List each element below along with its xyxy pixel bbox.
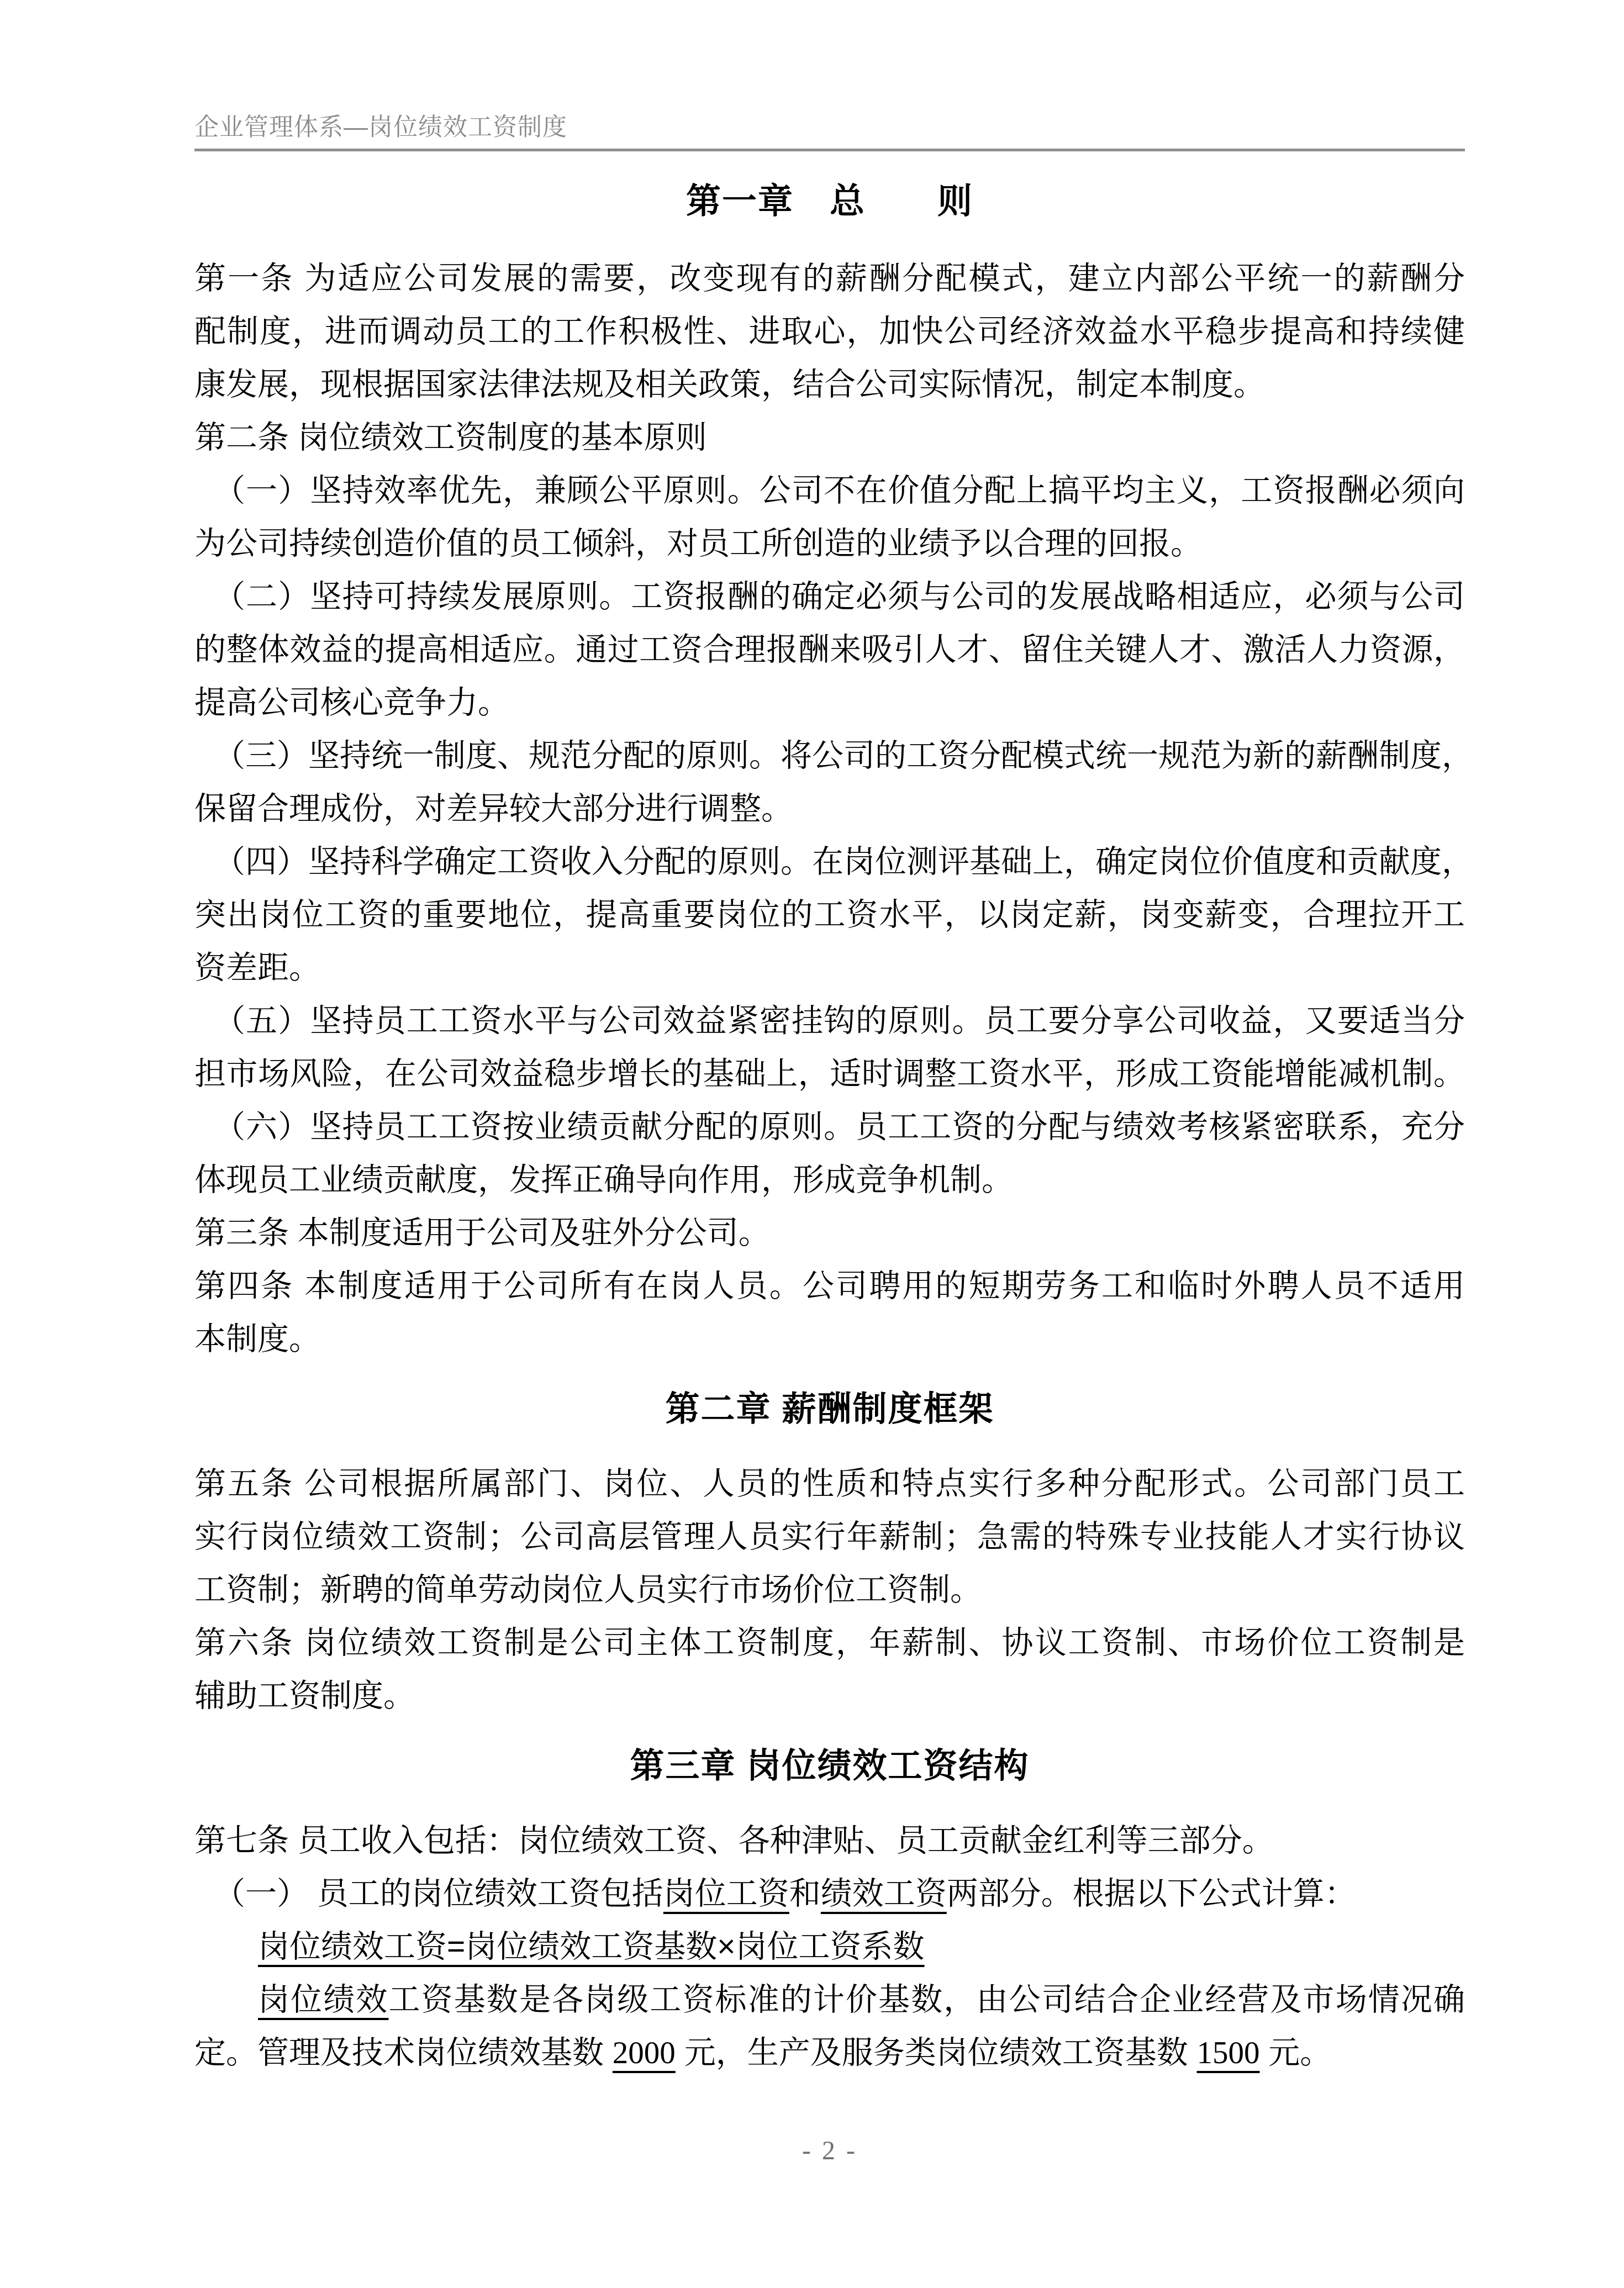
text-line: 康发展，现根据国家法律法规及相关政策，结合公司实际情况，制定本制度。 — [194, 358, 1465, 411]
text-line: 定。管理及技术岗位绩效基数 2000 元，生产及服务类岗位绩效工资基数 1500… — [194, 2026, 1465, 2079]
text-run: （三）坚持统一制度、规范分配的原则。将公司的工资分配模式统一规范为新的薪酬制度， — [214, 738, 1473, 773]
text-run: 保留合理成份，对差异较大部分进行调整。 — [194, 791, 793, 826]
text-run: 实行岗位绩效工资制；公司高层管理人员实行年薪制；急需的特殊专业技能人才实行协议 — [194, 1519, 1465, 1554]
text-line: 第二条 岗位绩效工资制度的基本原则 — [194, 411, 1465, 464]
text-line: 工资制；新聘的简单劳动岗位人员实行市场价位工资制。 — [194, 1563, 1465, 1616]
text-run: 辅助工资制度。 — [194, 1678, 415, 1714]
text-run: 为公司持续创造价值的员工倾斜，对员工所创造的业绩予以合理的回报。 — [194, 526, 1202, 561]
text-run: 元。 — [1260, 2035, 1332, 2070]
text-run: 岗位绩效工资=岗位绩效工资基数×岗位工资系数 — [258, 1929, 925, 1964]
text-run: 工资制；新聘的简单劳动岗位人员实行市场价位工资制。 — [194, 1572, 982, 1607]
text-line: 实行岗位绩效工资制；公司高层管理人员实行年薪制；急需的特殊专业技能人才实行协议 — [194, 1510, 1465, 1563]
text-run: （五）坚持员工工资水平与公司效益紧密挂钩的原则。员工要分享公司收益，又要适当分 — [214, 1003, 1465, 1038]
text-run: 第二条 岗位绩效工资制度的基本原则 — [194, 420, 707, 455]
text-run: 绩效工资 — [821, 1876, 947, 1911]
text-line: 突出岗位工资的重要地位，提高重要岗位的工资水平，以岗定薪，岗变薪变，合理拉开工 — [194, 888, 1465, 941]
text-line: 担市场风险，在公司效益稳步增长的基础上，适时调整工资水平，形成工资能增能减机制。 — [194, 1047, 1465, 1100]
text-line: （一） 员工的岗位绩效工资包括岗位工资和绩效工资两部分。根据以下公式计算： — [194, 1867, 1465, 1920]
text-run: 第三条 本制度适用于公司及驻外分公司。 — [194, 1215, 770, 1251]
text-run: （四）坚持科学确定工资收入分配的原则。在岗位测评基础上，确定岗位价值度和贡献度， — [214, 844, 1473, 879]
text-run: 第七条 员工收入包括：岗位绩效工资、各种津贴、员工贡献金红利等三部分。 — [194, 1823, 1274, 1858]
text-line: 岗位绩效工资基数是各岗级工资标准的计价基数，由公司结合企业经营及市场情况确 — [194, 1973, 1465, 2026]
text-run: （一） 员工的岗位绩效工资包括 — [214, 1876, 663, 1911]
text-run: 突出岗位工资的重要地位，提高重要岗位的工资水平，以岗定薪，岗变薪变，合理拉开工 — [194, 897, 1465, 932]
text-run: 第五条 公司根据所属部门、岗位、人员的性质和特点实行多种分配形式。公司部门员工 — [194, 1466, 1465, 1501]
page-footer: - 2 - — [194, 2134, 1465, 2168]
text-line: 体现员工业绩贡献度，发挥正确导向作用，形成竞争机制。 — [194, 1153, 1465, 1206]
text-line: 岗位绩效工资=岗位绩效工资基数×岗位工资系数 — [194, 1920, 1465, 1973]
header-title: 企业管理体系—岗位绩效工资制度 — [194, 114, 567, 141]
text-run: 工资基数是各岗级工资标准的计价基数，由公司结合企业经营及市场情况确 — [388, 1982, 1465, 2017]
text-run: 岗位绩效 — [258, 1982, 388, 2017]
text-line: （四）坚持科学确定工资收入分配的原则。在岗位测评基础上，确定岗位价值度和贡献度， — [194, 835, 1465, 888]
text-line: 提高公司核心竞争力。 — [194, 676, 1465, 729]
text-line: 第三条 本制度适用于公司及驻外分公司。 — [194, 1206, 1465, 1259]
text-line: 第四条 本制度适用于公司所有在岗人员。公司聘用的短期劳务工和临时外聘人员不适用 — [194, 1259, 1465, 1312]
text-line: （六）坚持员工工资按业绩贡献分配的原则。员工工资的分配与绩效考核紧密联系，充分 — [194, 1100, 1465, 1153]
text-line: 的整体效益的提高相适应。通过工资合理报酬来吸引人才、留住关键人才、激活人力资源， — [194, 623, 1465, 676]
text-line: （二）坚持可持续发展原则。工资报酬的确定必须与公司的发展战略相适应，必须与公司 — [194, 570, 1465, 623]
text-line: 本制度。 — [194, 1312, 1465, 1366]
text-run: （二）坚持可持续发展原则。工资报酬的确定必须与公司的发展战略相适应，必须与公司 — [214, 579, 1465, 614]
text-line: 第一条 为适应公司发展的需要，改变现有的薪酬分配模式，建立内部公平统一的薪酬分 — [194, 252, 1465, 305]
text-run: （六）坚持员工工资按业绩贡献分配的原则。员工工资的分配与绩效考核紧密联系，充分 — [214, 1109, 1465, 1145]
text-line: 第七条 员工收入包括：岗位绩效工资、各种津贴、员工贡献金红利等三部分。 — [194, 1814, 1465, 1867]
text-line: 配制度，进而调动员工的工作积极性、进取心，加快公司经济效益水平稳步提高和持续健 — [194, 305, 1465, 358]
text-run: 元，生产及服务类岗位绩效工资基数 — [676, 2035, 1197, 2070]
document-content: 第一章 总 则第一条 为适应公司发展的需要，改变现有的薪酬分配模式，建立内部公平… — [194, 175, 1465, 2079]
text-line: 第五条 公司根据所属部门、岗位、人员的性质和特点实行多种分配形式。公司部门员工 — [194, 1457, 1465, 1510]
chapter-heading: 第一章 总 则 — [194, 175, 1465, 228]
text-line: （三）坚持统一制度、规范分配的原则。将公司的工资分配模式统一规范为新的薪酬制度， — [194, 729, 1465, 782]
chapter-heading: 第三章 岗位绩效工资结构 — [194, 1740, 1465, 1793]
text-run: 康发展，现根据国家法律法规及相关政策，结合公司实际情况，制定本制度。 — [194, 367, 1265, 402]
text-run: 资差距。 — [194, 950, 320, 985]
text-line: 辅助工资制度。 — [194, 1669, 1465, 1722]
text-run: 2000 — [613, 2036, 676, 2070]
text-run: （一）坚持效率优先，兼顾公平原则。公司不在价值分配上搞平均主义，工资报酬必须向 — [214, 473, 1465, 508]
text-run: 体现员工业绩贡献度，发挥正确导向作用，形成竞争机制。 — [194, 1162, 1013, 1198]
text-run: 第四条 本制度适用于公司所有在岗人员。公司聘用的短期劳务工和临时外聘人员不适用 — [194, 1268, 1465, 1304]
chapter-heading: 第二章 薪酬制度框架 — [194, 1383, 1465, 1436]
text-line: （五）坚持员工工资水平与公司效益紧密挂钩的原则。员工要分享公司收益，又要适当分 — [194, 994, 1465, 1047]
text-run: 岗位工资 — [663, 1876, 789, 1911]
text-run: 两部分。根据以下公式计算： — [947, 1876, 1356, 1911]
text-line: 为公司持续创造价值的员工倾斜，对员工所创造的业绩予以合理的回报。 — [194, 517, 1465, 570]
page-header: 企业管理体系—岗位绩效工资制度 — [194, 113, 1465, 151]
page-number: - 2 - — [802, 2136, 857, 2165]
text-run: 1500 — [1197, 2036, 1260, 2070]
text-line: 第六条 岗位绩效工资制是公司主体工资制度，年薪制、协议工资制、市场价位工资制是 — [194, 1616, 1465, 1669]
text-run: 定。管理及技术岗位绩效基数 — [194, 2035, 613, 2070]
text-run: 提高公司核心竞争力。 — [194, 685, 509, 720]
text-run: 第六条 岗位绩效工资制是公司主体工资制度，年薪制、协议工资制、市场价位工资制是 — [194, 1625, 1465, 1660]
text-line: （一）坚持效率优先，兼顾公平原则。公司不在价值分配上搞平均主义，工资报酬必须向 — [194, 464, 1465, 517]
text-line: 资差距。 — [194, 941, 1465, 994]
text-run: 的整体效益的提高相适应。通过工资合理报酬来吸引人才、留住关键人才、激活人力资源， — [194, 632, 1465, 667]
text-run: 和 — [789, 1876, 821, 1911]
text-run: 配制度，进而调动员工的工作积极性、进取心，加快公司经济效益水平稳步提高和持续健 — [194, 314, 1465, 349]
document-page: 企业管理体系—岗位绩效工资制度 第一章 总 则第一条 为适应公司发展的需要，改变… — [0, 0, 1624, 2288]
text-run: 第一条 为适应公司发展的需要，改变现有的薪酬分配模式，建立内部公平统一的薪酬分 — [194, 261, 1465, 296]
text-run: 本制度。 — [194, 1321, 320, 1357]
text-run: 担市场风险，在公司效益稳步增长的基础上，适时调整工资水平，形成工资能增能减机制。 — [194, 1056, 1465, 1092]
text-line: 保留合理成份，对差异较大部分进行调整。 — [194, 782, 1465, 835]
